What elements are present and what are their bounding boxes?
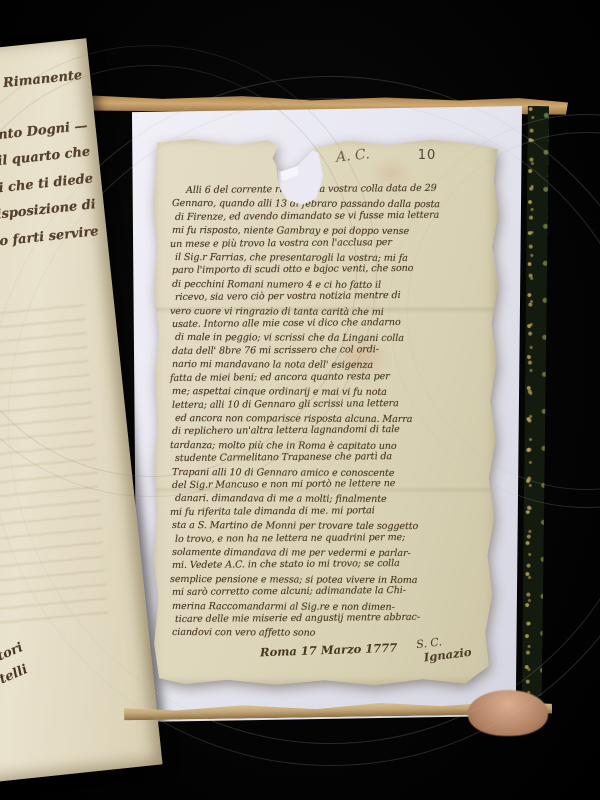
handwritten-line: studente Carmelitano Trapanese che partì… [175,449,484,465]
handwritten-line: di replichero un'altra lettera lagnandom… [172,423,484,439]
page-number: 10 [418,148,437,164]
archival-heading: A. C. [335,146,370,165]
handwritten-line: paro l'importo di scudi otto e bajoc ven… [172,262,484,278]
handwritten-line: lo trovo, e non ha ne lettera ne quadrin… [175,530,484,546]
handwritten-line: mi. Vedete A.C. in che stato io mi trovo… [172,557,484,573]
manuscript-letter: A. C. 10 Alli 6 del corrente ricevo una … [150,136,500,688]
handwritten-line: lettera; alli 10 di Gennaro gli scrissi … [172,396,484,412]
letter-footer: Roma 17 Marzo 1777 S. C. Ignazio [172,643,484,662]
handwritten-line: del Sig.r Mancuso e non mi portò ne lett… [172,476,484,492]
letter-paper: A. C. 10 Alli 6 del corrente ricevo una … [150,136,500,688]
archival-marks: A. C. 10 [150,148,500,164]
letter-dateline: Roma 17 Marzo 1777 [260,640,398,659]
ink-bleedthrough [0,297,109,636]
handwritten-line: ticare delle mie miserie ed angustij men… [175,610,484,626]
letter-body: Alli 6 del corrente ricevo una vostra co… [172,184,484,640]
handwritten-line: il Rimanente [0,63,84,103]
photo-scene: il Rimanentee Cento Dogni —alo il quarto… [0,0,600,800]
handwritten-line: fatta de miei beni; ed ancora quanto res… [170,369,484,385]
signature-block: S. C. Ignazio [416,632,473,665]
fingertip [468,690,548,736]
handwritten-line: usate. Intorno alle mie cose vi dico che… [172,315,484,331]
marbled-cover-edge [522,106,549,696]
handwritten-line: mi fu riferita tale dimanda di me. mi po… [170,503,484,519]
left-page-fragments: il Rimanentee Cento Dogni —alo il quarto… [0,63,100,258]
handwritten-line: di Firenze, ed avendo dimandato se vi fu… [175,208,484,224]
handwritten-line: ricevo, sia vero ciò per vostra notizia … [175,289,484,305]
handwritten-line: Alli 6 del corrente ricevo una vostra co… [186,181,484,197]
handwritten-line: mi sarò corretto come alcuni; adimandate… [172,583,484,599]
handwritten-line: data dell' 8bre 76 mi scrissero che col … [172,342,484,358]
torn-paper-flap [278,147,299,182]
handwritten-line: un mese e più trovo la vostra con l'accl… [170,235,484,251]
